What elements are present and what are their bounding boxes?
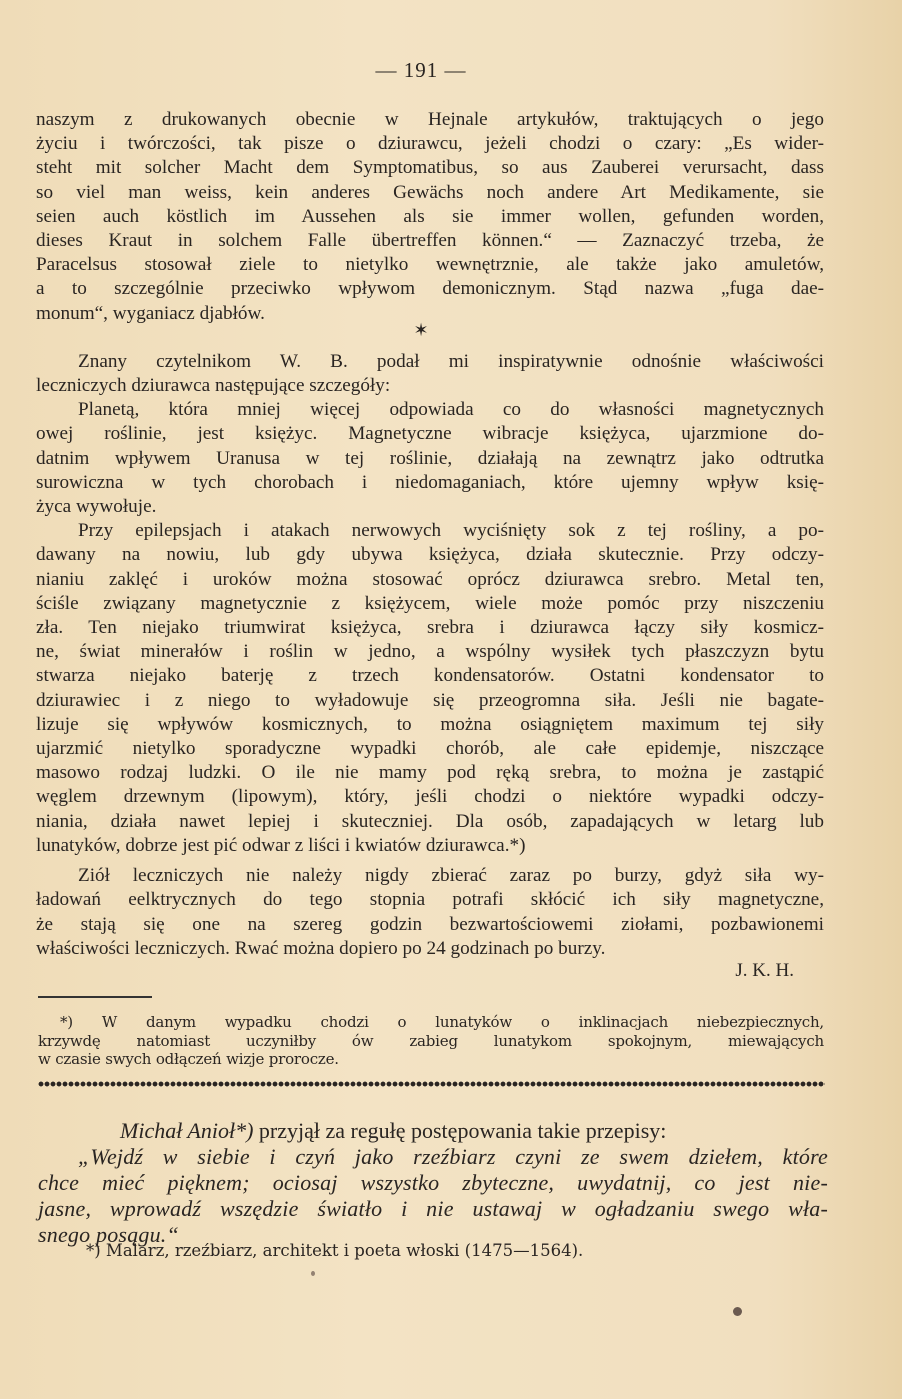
text-line: datnim wpływem Uranusa w tej roślinie, d…: [36, 447, 824, 471]
text-line: Planetą, która mniej więcej odpowiada co…: [36, 398, 824, 422]
quote-footnote: *) Malarz, rzeźbiarz, architekt i poeta …: [86, 1241, 583, 1260]
footnote-line: *) W danym wypadku chodzi o lunatyków o …: [38, 1013, 824, 1032]
scanned-page: — 191 — naszym z drukowanych obecnie w H…: [0, 0, 902, 1399]
quote-intro-text: przyjął za regułę postępowania takie prz…: [253, 1118, 666, 1143]
text-line: ne, świat minerałów i roślin w jedno, a …: [36, 640, 824, 664]
text-line: owej roślinie, jest księżyc. Magnetyczne…: [36, 422, 824, 446]
text-line: lunatyków, dobrze jest pić odwar z liści…: [36, 834, 824, 858]
text-line: surowiczna w tych chorobach i niedomagan…: [36, 471, 824, 495]
text-line: leczniczych dziurawca następujące szczeg…: [36, 374, 824, 398]
paragraph-3: Planetą, która mniej więcej odpowiada co…: [36, 398, 824, 519]
author-signature: J. K. H.: [735, 960, 794, 982]
text-line: że stają się one na szereg godzin bezwar…: [36, 913, 824, 937]
text-line: życiu i twórczości, tak pisze o dziurawc…: [36, 132, 824, 156]
text-line: Ziół leczniczych nie należy nigdy zbiera…: [36, 864, 824, 888]
paper-stain: [733, 1307, 742, 1316]
text-line: so viel man weiss, kein anderes Gewächs …: [36, 181, 824, 205]
paper-stain: [311, 1271, 315, 1276]
quote-section: Michał Anioł*) przyjął za regułę postępo…: [38, 1118, 828, 1248]
page-number: — 191 —: [0, 58, 842, 83]
quote-line: chce mieć pięknem; ociosaj wszystko zbyt…: [38, 1170, 828, 1196]
section-separator-star-icon: ✶: [0, 320, 842, 340]
footnote: *) W danym wypadku chodzi o lunatyków o …: [38, 1013, 824, 1069]
paragraph-4: Przy epilepsjach i atakach nerwowych wyc…: [36, 519, 824, 858]
text-line: zła. Ten niejako triumwirat księżyca, sr…: [36, 616, 824, 640]
footnote-divider: [38, 996, 152, 998]
text-line: węglem drzewnym (lipowym), który, jeśli …: [36, 785, 824, 809]
text-line: naszym z drukowanych obecnie w Hejnale a…: [36, 108, 824, 132]
text-line: ładowań eelktrycznych do tego stopnia po…: [36, 888, 824, 912]
text-line: dziurawiec i z niego to wyładowuje się p…: [36, 689, 824, 713]
quote-text: „Wejdź w siebie i czyń jako rzeźbiarz cz…: [38, 1144, 828, 1248]
text-line: lizuje się wpływów kosmicznych, to można…: [36, 713, 824, 737]
text-line: Przy epilepsjach i atakach nerwowych wyc…: [36, 519, 824, 543]
text-line: dieses Kraut in solchem Falle übertreffe…: [36, 229, 824, 253]
quote-intro: Michał Anioł*) przyjął za regułę postępo…: [38, 1118, 828, 1144]
ornamental-divider: [38, 1079, 825, 1088]
text-line: masowo rodzaj ludzki. O ile nie mamy pod…: [36, 761, 824, 785]
text-line: Znany czytelnikom W. B. podał mi inspira…: [36, 350, 824, 374]
text-line: seien auch köstlich im Aussehen als sie …: [36, 205, 824, 229]
quote-line: „Wejdź w siebie i czyń jako rzeźbiarz cz…: [38, 1144, 828, 1170]
footnote-line: krzywdę natomiast uczyniłby ów zabieg lu…: [38, 1032, 824, 1051]
paragraph-2: Znany czytelnikom W. B. podał mi inspira…: [36, 350, 824, 398]
text-line: ściśle związany magnetycznie z księżycem…: [36, 592, 824, 616]
paragraph-1: naszym z drukowanych obecnie w Hejnale a…: [36, 108, 824, 326]
article-body: naszym z drukowanych obecnie w Hejnale a…: [36, 108, 824, 961]
quote-line: jasne, wprowadź wszędzie światło i nie u…: [38, 1196, 828, 1222]
text-line: a to szczególnie przeciwko wpływom demon…: [36, 277, 824, 301]
text-line: nianiu zaklęć i uroków można stosować op…: [36, 568, 824, 592]
text-line: stwarza niejako baterję z trzech kondens…: [36, 664, 824, 688]
text-line: niania, działa nawet lepiej i skutecznie…: [36, 810, 824, 834]
text-line: właściwości leczniczych. Rwać można dopi…: [36, 937, 824, 961]
text-line: życa wywołuje.: [36, 495, 824, 519]
text-line: steht mit solcher Macht dem Symptomatibu…: [36, 156, 824, 180]
text-line: Paracelsus stosował ziele to nietylko we…: [36, 253, 824, 277]
text-line: ujarzmić nietylko sporadyczne wypadki ch…: [36, 737, 824, 761]
author-footnote-marker: *): [235, 1118, 253, 1143]
quote-author: Michał Anioł: [120, 1118, 235, 1143]
text-line: dawany na nowiu, lub gdy ubywa księżyca,…: [36, 543, 824, 567]
paragraph-5: Ziół leczniczych nie należy nigdy zbiera…: [36, 864, 824, 961]
footnote-line: w czasie swych odłączeń wizje prorocze.: [38, 1050, 824, 1069]
